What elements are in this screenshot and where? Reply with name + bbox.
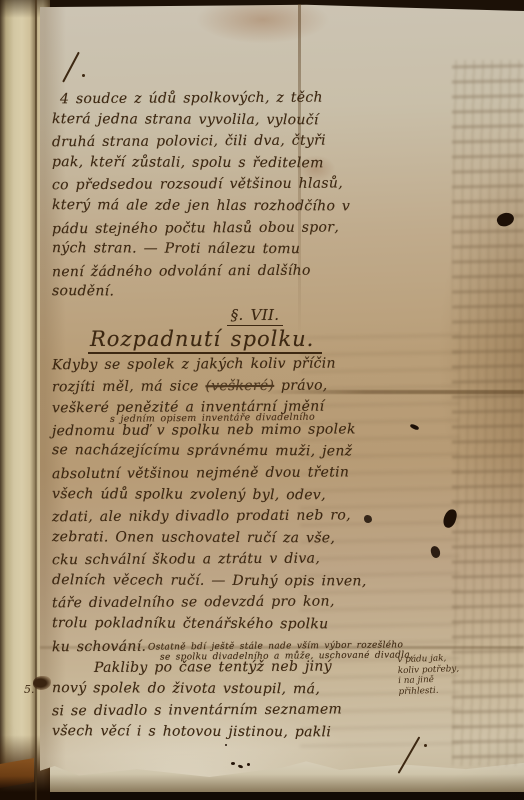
handwritten-line: ných stran. — Proti nálezu tomu xyxy=(52,238,458,261)
handwritten-line: druhá strana polovici, čili dva, čtyři xyxy=(52,130,458,154)
crossed-out-word: (veškeré) xyxy=(205,377,274,393)
handwritten-line-with-strikethrough: rozjíti měl, má sice (veškeré) právo, xyxy=(52,374,458,398)
handwritten-line: soudění. xyxy=(52,281,458,304)
handwritten-line: absolutní většinou nejméně dvou třetin xyxy=(52,462,458,486)
pen-stroke xyxy=(62,52,79,83)
handwritten-line: jednomu buď v spolku neb mimo spolek xyxy=(52,418,458,442)
handwritten-line: zdati, ale nikdy divadlo prodati neb ro‚ xyxy=(52,505,458,529)
margin-annotation: v pádu jak‚koliv potřeby‚i na jiněpřihle… xyxy=(397,651,522,697)
handwritten-line: která jedna strana vyvolila, vyloučí xyxy=(52,109,458,132)
section-number: §. VII. xyxy=(52,305,458,325)
handwritten-line: cku schvální škodu a ztrátu v diva‚ xyxy=(52,548,458,572)
handwritten-line: delních věcech ručí. — Druhý opis inven‚ xyxy=(52,570,458,593)
handwritten-line: 4 soudce z údů spolkových, z těch xyxy=(52,87,458,111)
handwritten-line: se nacházejícímu správnému muži, jenž xyxy=(52,440,458,463)
handwritten-line: všech údů spolku zvolený byl, odev‚ xyxy=(52,484,458,507)
handwritten-line: co předsedou rozsoudí většinou hlasů, xyxy=(52,173,458,197)
handwritten-line: pádu stejného počtu hlasů obou spor‚ xyxy=(52,216,458,240)
ink-speck xyxy=(225,744,227,746)
handwritten-line: táře divadelního se odevzdá pro kon‚ xyxy=(52,591,458,615)
handwritten-line: není žádného odvolání ani dalšího xyxy=(52,260,458,284)
photograph-of-manuscript: 4 soudce z údů spolkových, z těchkterá j… xyxy=(0,0,524,800)
pen-dot xyxy=(82,74,85,77)
handwritten-line: si se divadlo s inventárním seznamem xyxy=(52,699,458,723)
paragraph-dissolution-start: Kdyby se spolek z jakých koliv příčin xyxy=(52,354,458,376)
handwritten-line: trolu pokladníku čtenářského spolku xyxy=(52,613,458,636)
ink-blot xyxy=(364,515,372,523)
handwritten-line: zebrati. Onen uschovatel ručí za vše‚ xyxy=(52,527,458,550)
section-title: Rozpadnutí spolku. xyxy=(88,326,458,352)
handwritten-line: nový spolek do života vstoupil, má‚ xyxy=(52,678,458,701)
handwritten-text-body: 4 soudce z údů spolkových, z těchkterá j… xyxy=(52,88,458,744)
handwritten-line: Kdyby se spolek z jakých koliv příčin xyxy=(52,353,458,377)
handwritten-line: pak, kteří zůstali, spolu s ředitelem xyxy=(52,152,458,175)
paragraph-judges-clause: 4 soudce z údů spolkových, z těchkterá j… xyxy=(52,88,458,304)
pen-dot xyxy=(424,744,427,747)
paragraph-dissolution-body: jednomu buď v spolku neb mimo spolekse n… xyxy=(52,420,458,658)
pen-stroke xyxy=(398,736,420,773)
pen-check-mark-bottom xyxy=(386,732,436,780)
handwritten-line: který má ale zde jen hlas rozhodčího v xyxy=(52,195,458,218)
ink-speck xyxy=(247,763,250,766)
ink-speck xyxy=(231,762,235,765)
pen-check-mark-top xyxy=(52,48,92,88)
